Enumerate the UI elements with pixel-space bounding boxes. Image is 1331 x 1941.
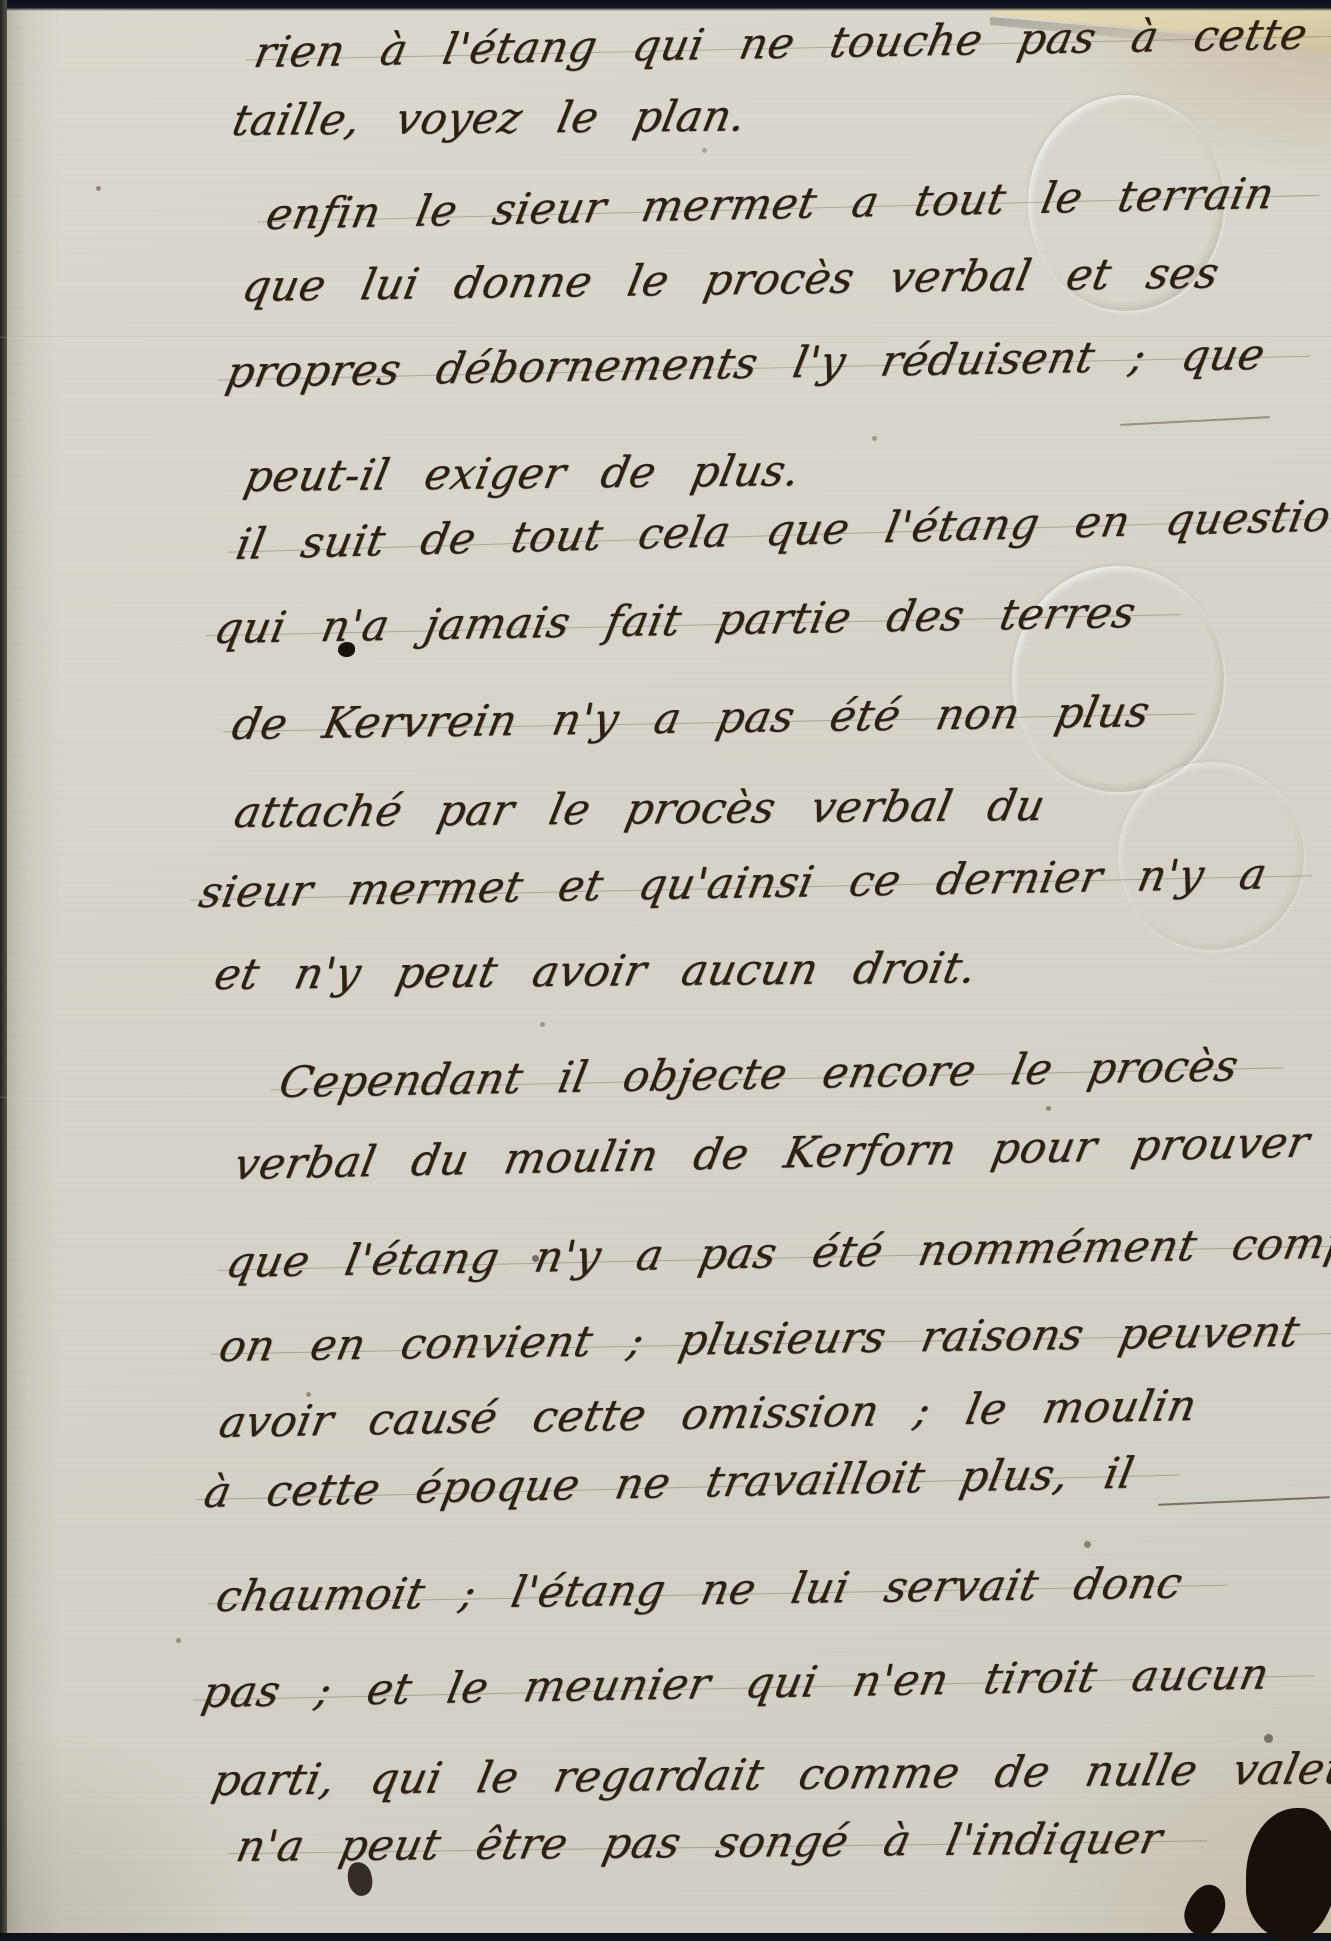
manuscript-line: avoir causé cette omission ; le moulin bbox=[215, 1381, 1201, 1448]
manuscript-line: chaumoit ; l'étang ne lui servait donc bbox=[212, 1559, 1187, 1622]
manuscript-line: on en convient ; plusieurs raisons peuve… bbox=[215, 1307, 1304, 1372]
manuscript-line: peut-il exiger de plus. bbox=[240, 446, 804, 502]
ink-blot bbox=[338, 642, 355, 657]
manuscript-line: sieur mermet et qu'ainsi ce dernier n'y … bbox=[195, 849, 1271, 918]
manuscript-line: que l'étang n'y a pas été nommément comp… bbox=[222, 1217, 1331, 1288]
manuscript-line: parti, qui le regardait comme de nulle v… bbox=[208, 1744, 1331, 1806]
manuscript-line: enfin le sieur mermet a tout le terrain bbox=[262, 169, 1278, 240]
manuscript-line: n'a peut être pas songé à l'indiquer bbox=[232, 1814, 1167, 1872]
manuscript-line: propres débornements l'y réduisent ; que bbox=[222, 330, 1269, 398]
manuscript-line: attaché par le procès verbal du bbox=[230, 781, 1049, 838]
handwritten-text-block: rien à l'étang qui ne touche pas à cette… bbox=[0, 0, 1331, 1933]
manuscript-line: taille, voyez le plan. bbox=[228, 92, 750, 146]
manuscript-line: à cette époque ne travailloit plus, il bbox=[200, 1449, 1138, 1518]
manuscript-line: rien à l'étang qui ne touche pas à cette bbox=[250, 10, 1312, 78]
manuscript-line: Cependant il objecte encore le procès bbox=[275, 1041, 1243, 1108]
manuscript-line: il suit de tout cela que l'étang en ques… bbox=[232, 491, 1331, 570]
manuscript-line: de Kervrein n'y a pas été non plus bbox=[228, 687, 1154, 750]
manuscript-line: que lui donne le procès verbal et ses bbox=[238, 248, 1223, 312]
foxing-specks bbox=[0, 0, 5, 5]
manuscript-line: verbal du moulin de Kerforn pour prouver bbox=[230, 1118, 1314, 1190]
manuscript-line: pas ; et le meunier qui n'en tiroit aucu… bbox=[198, 1649, 1273, 1718]
manuscript-page: rien à l'étang qui ne touche pas à cette… bbox=[0, 0, 1331, 1933]
manuscript-line: et n'y peut avoir aucun droit. bbox=[210, 943, 981, 1000]
